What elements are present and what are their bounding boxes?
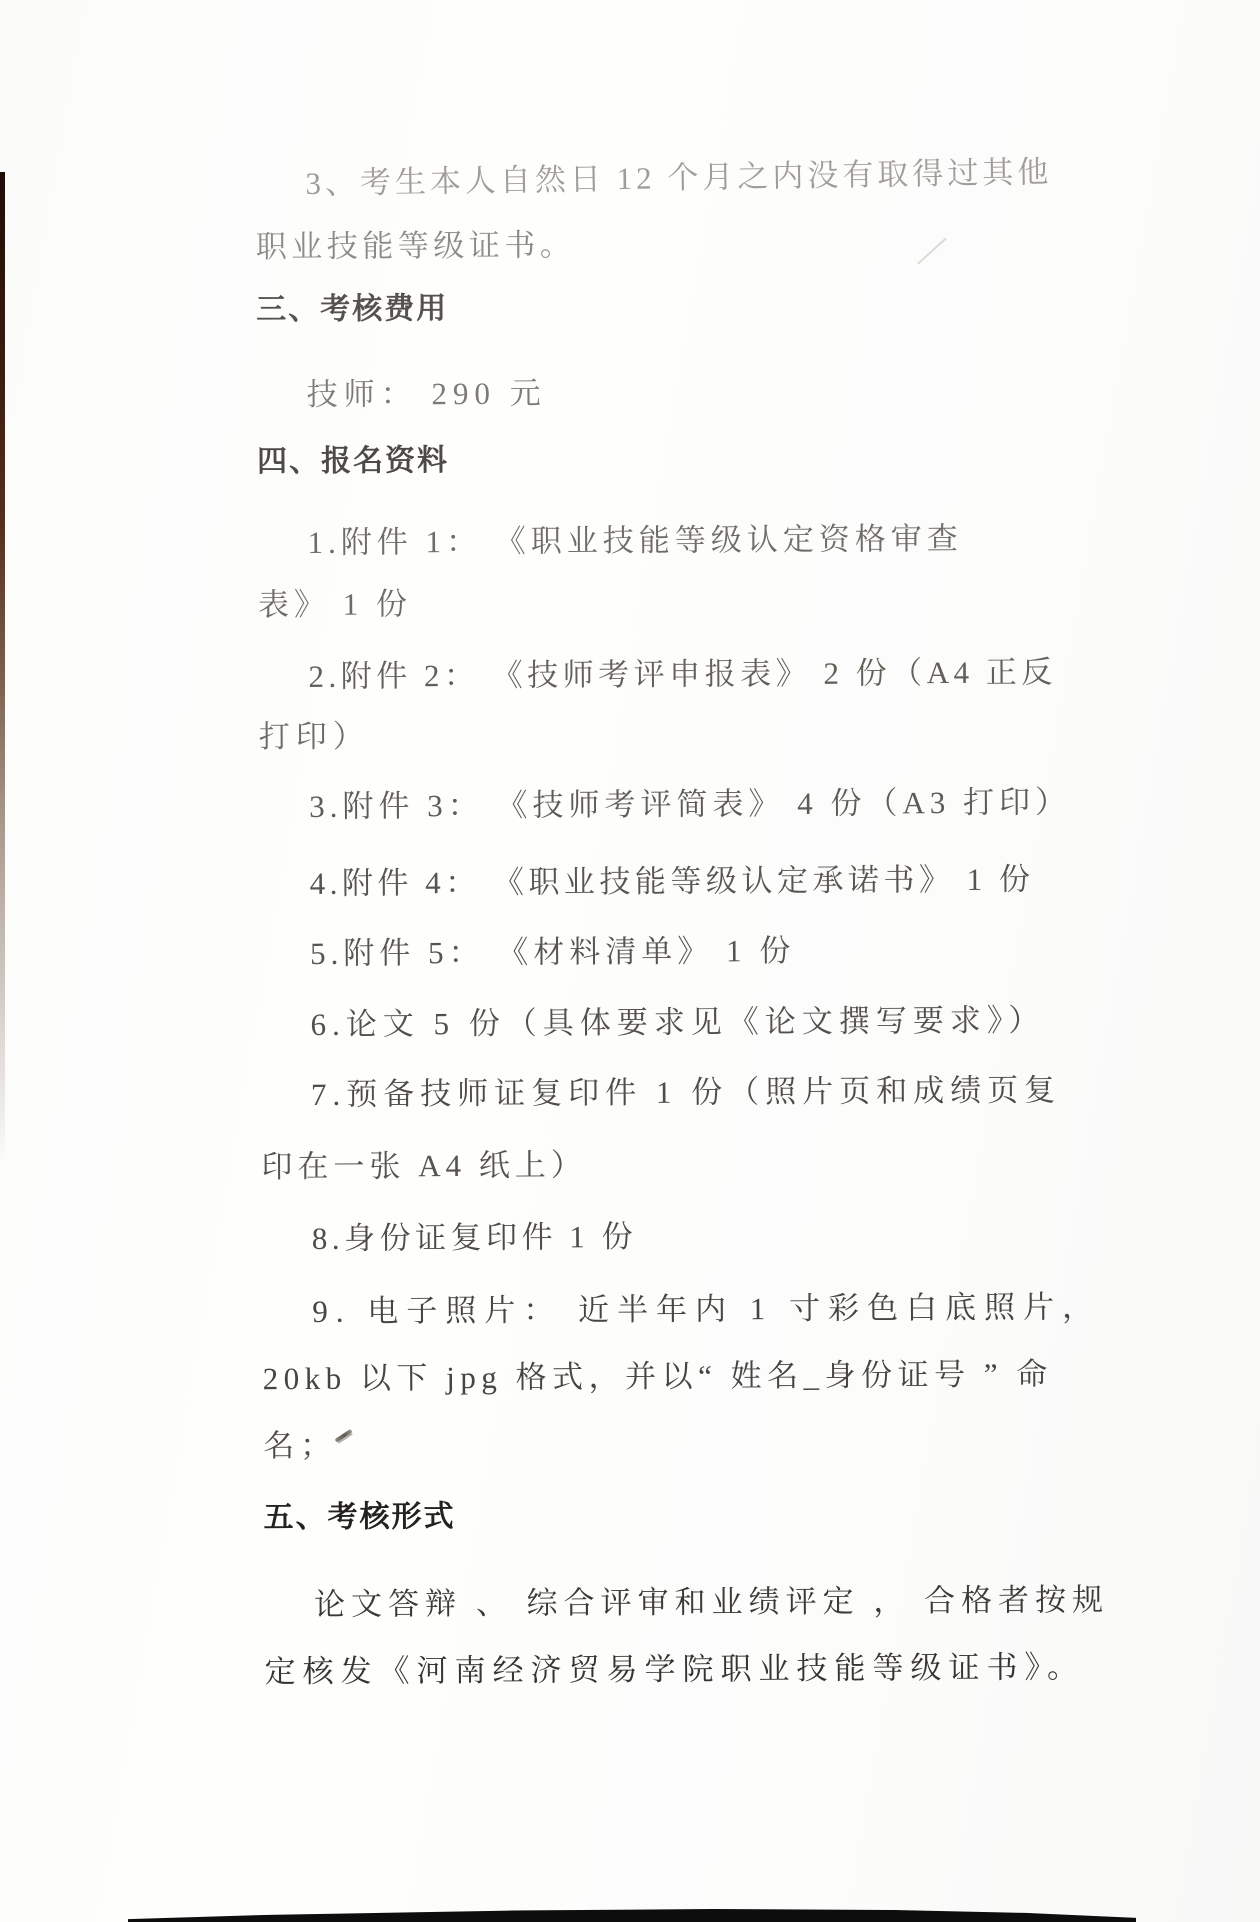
document-text-block: 3、考生本人自然日 12 个月之内没有取得过其他 职业技能等级证书。 三、考核费… bbox=[0, 0, 1260, 1922]
line-assessment-format-body: 论文答辩 、 综合评审和业绩评定 ， 合格者按规 bbox=[314, 1580, 1109, 1625]
line-attachment-1: 1.附件 1： 《职业技能等级认定资格审查 bbox=[307, 519, 962, 563]
line-fee-technician: 技师： 290 元 bbox=[307, 374, 547, 415]
line-item-9-photo: 9. 电子照片： 近半年内 1 寸彩色白底照片， bbox=[312, 1287, 1101, 1332]
faint-scratch-mark bbox=[917, 238, 946, 265]
pen-mark bbox=[335, 1429, 353, 1443]
line-item-9-wrap-2: 名； bbox=[263, 1426, 337, 1466]
line-candidate-requirement-3: 3、考生本人自然日 12 个月之内没有取得过其他 bbox=[305, 152, 1053, 204]
scanned-document-page: 3、考生本人自然日 12 个月之内没有取得过其他 职业技能等级证书。 三、考核费… bbox=[0, 0, 1260, 1922]
line-attachment-2-wrap: 打印） bbox=[259, 717, 370, 758]
heading-section-5-assessment-format: 五、考核形式 bbox=[263, 1497, 455, 1538]
line-assessment-format-body-wrap: 定核发《河南经济贸易学院职业技能等级证书》。 bbox=[264, 1647, 1085, 1692]
line-item-7-wrap: 印在一张 A4 纸上） bbox=[261, 1145, 587, 1187]
line-item-7-pre-technician-copy: 7.预备技师证复印件 1 份（照片页和成绩页复 bbox=[311, 1070, 1061, 1115]
heading-section-3-assessment-fee: 三、考核费用 bbox=[256, 289, 448, 330]
line-attachment-4: 4.附件 4： 《职业技能等级认定承诺书》 1 份 bbox=[310, 860, 1035, 904]
line-candidate-requirement-3-wrap: 职业技能等级证书。 bbox=[256, 225, 576, 267]
line-attachment-1-wrap: 表》 1 份 bbox=[258, 584, 412, 625]
line-item-6-thesis: 6.论文 5 份（具体要求见《论文撰写要求》） bbox=[310, 1000, 1045, 1044]
line-attachment-2: 2.附件 2： 《技师考评申报表》 2 份（A4 正反 bbox=[308, 652, 1057, 697]
line-attachment-5: 5.附件 5： 《材料清单》 1 份 bbox=[310, 931, 795, 974]
line-attachment-3: 3.附件 3： 《技师考评简表》 4 份（A3 打印） bbox=[309, 782, 1071, 827]
heading-section-4-registration-materials: 四、报名资料 bbox=[257, 441, 449, 482]
line-item-8-id-copy: 8.身份证复印件 1 份 bbox=[312, 1217, 637, 1259]
line-item-9-wrap-1: 20kb 以下 jpg 格式，并以“ 姓名_身份证号 ” 命 bbox=[263, 1354, 1053, 1399]
scan-left-edge-shadow bbox=[0, 172, 5, 1162]
